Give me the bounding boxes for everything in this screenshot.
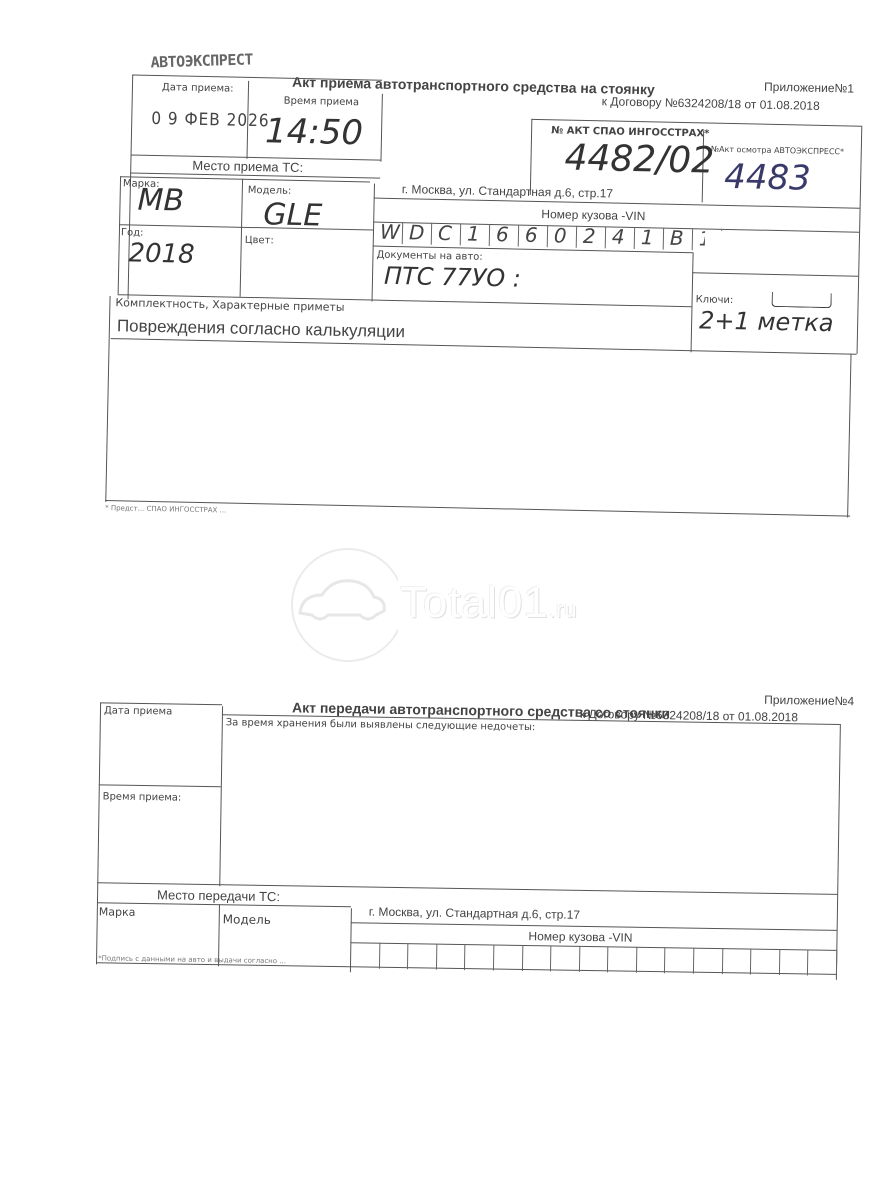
vin-cell-empty [636, 947, 666, 973]
release-model-label: Модель [223, 912, 271, 927]
vin-cell-empty [379, 943, 409, 969]
release-vin-label: Номер кузова -VIN [528, 929, 632, 945]
release-date-label: Дата приема [104, 705, 172, 717]
vin-cell-empty [550, 945, 580, 971]
release-act-form: Приложение№4 к Договору №6324208/18 от 0… [0, 0, 875, 1006]
release-appendix: Приложение№4 [764, 693, 854, 708]
vin-cell-empty [779, 949, 809, 975]
vin-cell-empty [693, 948, 723, 974]
vin-cell-empty [407, 943, 437, 969]
vin-cell-empty [436, 944, 466, 970]
vin-cell-empty [350, 942, 380, 968]
vin-cell-empty [579, 946, 609, 972]
vin-cell-empty [607, 946, 637, 972]
release-place-label: Место передачи ТС: [157, 887, 280, 904]
release-address: г. Москва, ул. Стандартная д.6, стр.17 [369, 905, 580, 922]
vin-cell-empty [750, 949, 780, 975]
release-time-label: Время приема: [103, 791, 182, 803]
release-vin-cells [350, 942, 836, 976]
release-brand-label: Марка [99, 905, 136, 919]
defects-label: За время хранения были выявлены следующи… [226, 717, 536, 733]
vin-cell-empty [521, 945, 551, 971]
vin-cell-empty [807, 949, 837, 975]
vin-cell-empty [493, 945, 523, 971]
vin-cell-empty [664, 947, 694, 973]
vin-cell-empty [464, 944, 494, 970]
vin-cell-empty [722, 948, 752, 974]
